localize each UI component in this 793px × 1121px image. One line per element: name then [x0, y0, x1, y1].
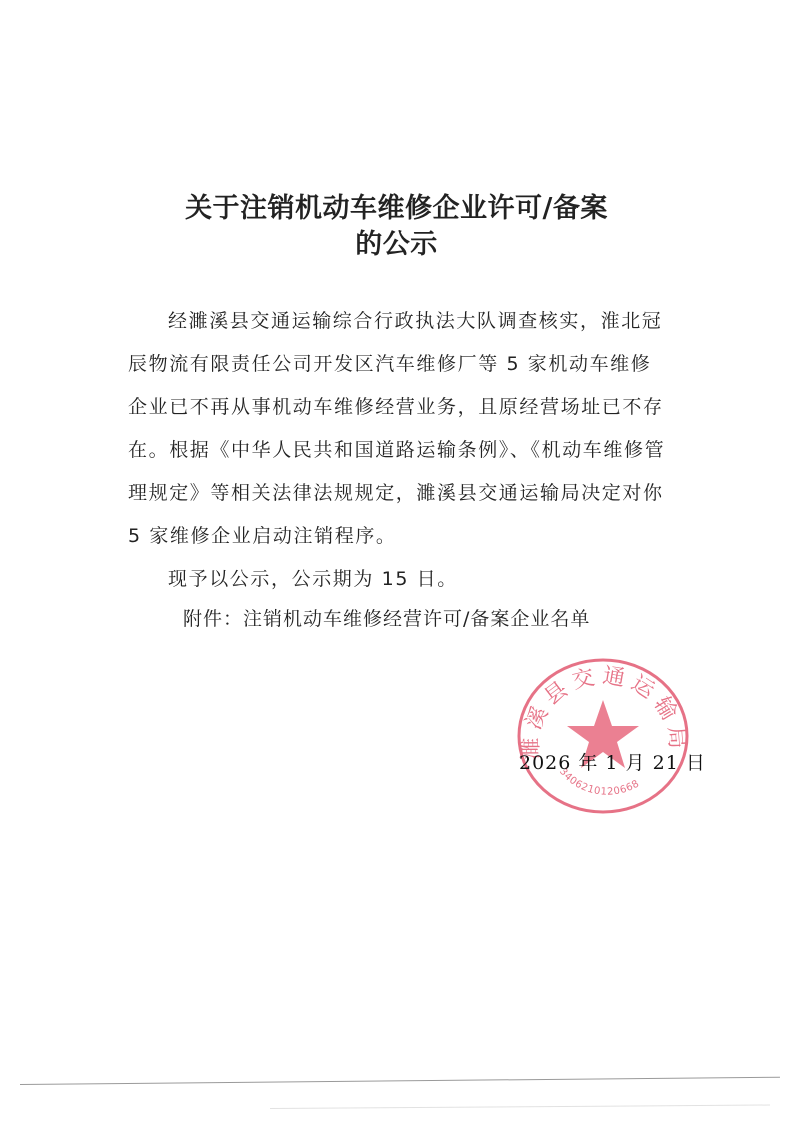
body-line-5: 理规定》等相关法律法规规定，濉溪县交通运输局决定对你	[128, 478, 668, 505]
official-seal: 濉溪县交通运输局 3406210120668	[515, 656, 691, 816]
notice-period-line: 现予以公示，公示期为 15 日。	[168, 564, 708, 591]
scan-artifact-line	[20, 1077, 780, 1085]
document-title-line-2: 的公示	[0, 222, 793, 261]
body-line-6: 5 家维修企业启动注销程序。	[128, 521, 668, 548]
document-date: 2026 年 1 月 21 日	[519, 748, 706, 775]
attachment-line: 附件：注销机动车维修经营许可/备案企业名单	[183, 604, 590, 631]
body-line-3: 企业已不再从事机动车维修经营业务，且原经营场址已不存	[128, 392, 668, 419]
scan-artifact-line-faint	[270, 1105, 770, 1109]
body-line-2: 辰物流有限责任公司开发区汽车维修厂等 5 家机动车维修	[128, 349, 668, 376]
body-line-1: 经濉溪县交通运输综合行政执法大队调查核实，淮北冠	[168, 306, 708, 333]
document-title-line-1: 关于注销机动车维修企业许可/备案	[0, 186, 793, 225]
body-line-4: 在。根据《中华人民共和国道路运输条例》、《机动车维修管	[128, 435, 668, 462]
document-page: 关于注销机动车维修企业许可/备案 的公示 经濉溪县交通运输综合行政执法大队调查核…	[0, 0, 793, 1121]
